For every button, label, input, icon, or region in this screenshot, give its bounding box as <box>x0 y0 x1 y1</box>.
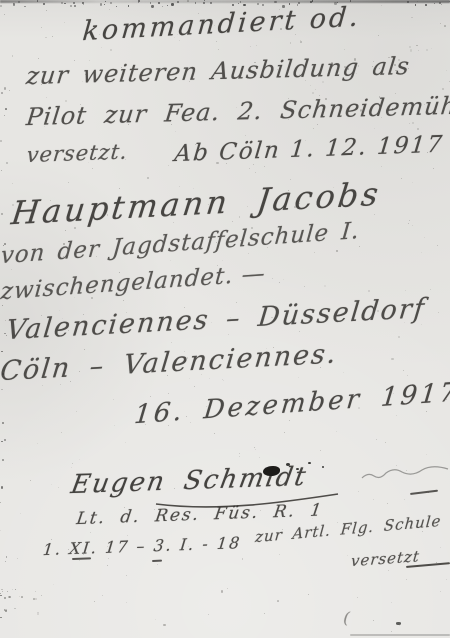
paper-speckle <box>1 486 3 488</box>
paper-speckle <box>125 442 126 443</box>
paper-speckle <box>314 252 315 253</box>
paper-speckle <box>250 46 251 47</box>
paper-speckle <box>90 532 91 533</box>
paper-speckle <box>147 177 149 179</box>
paper-speckle <box>388 570 389 571</box>
paper-speckle <box>82 2 84 4</box>
paper-speckle <box>440 23 441 24</box>
paper-speckle <box>1 351 3 353</box>
paper-speckle <box>232 4 234 6</box>
paper-speckle <box>381 5 382 6</box>
paper-speckle <box>376 439 377 440</box>
paper-speckle <box>279 554 280 555</box>
paper-speckle <box>203 2 205 4</box>
paper-speckle <box>299 331 300 332</box>
paper-speckle <box>177 1 179 3</box>
paper-speckle <box>167 5 168 6</box>
paper-speckle <box>255 172 256 173</box>
paper-speckle <box>116 6 117 7</box>
paper-speckle <box>175 131 176 132</box>
paper-speckle <box>128 5 130 7</box>
paper-speckle <box>406 579 407 580</box>
paper-speckle <box>446 579 447 580</box>
paper-speckle <box>442 88 444 90</box>
paper-speckle <box>102 595 103 596</box>
roman-numeral-underline-xi <box>72 557 91 559</box>
paper-speckle <box>64 22 65 23</box>
paper-speckle <box>4 87 6 89</box>
paper-speckle <box>12 183 13 184</box>
paper-speckle <box>283 279 284 280</box>
ink-splatter-dot <box>296 468 299 470</box>
paper-speckle <box>240 1 241 2</box>
hw-line-route-valenciennes-duesseldorf: Valenciennes – Düsseldorf <box>5 293 428 346</box>
paper-speckle <box>4 14 5 15</box>
paper-speckle <box>110 49 112 51</box>
paper-speckle <box>336 431 337 432</box>
paper-speckle <box>216 41 217 42</box>
paper-speckle <box>298 2 300 4</box>
paper-speckle <box>343 372 344 373</box>
paper-speckle <box>53 584 54 585</box>
paper-speckle <box>12 55 13 56</box>
paper-speckle <box>308 594 309 595</box>
paper-speckle <box>208 614 209 615</box>
paper-speckle <box>4 597 6 599</box>
paper-speckle <box>7 591 8 592</box>
paper-speckle <box>5 561 6 562</box>
paper-speckle <box>4 439 6 441</box>
hw-line-ab-coeln-date: Ab Cöln 1. 12. 1917 <box>173 132 445 168</box>
paper-speckle <box>51 484 52 485</box>
paper-speckle <box>35 591 36 592</box>
paper-speckle <box>171 342 172 343</box>
paper-speckle <box>409 46 410 47</box>
paper-speckle <box>272 278 273 279</box>
paper-speckle <box>5 108 7 110</box>
paper-speckle <box>59 310 60 311</box>
paper-speckle <box>421 252 422 253</box>
paper-speckle <box>189 378 190 379</box>
paper-speckle <box>242 558 244 560</box>
paper-speckle <box>401 178 402 179</box>
paper-speckle <box>0 502 1 503</box>
paper-speckle <box>45 37 47 39</box>
paper-speckle <box>1 92 3 94</box>
paper-speckle <box>440 591 441 592</box>
paper-speckle <box>415 4 416 5</box>
paper-speckle <box>209 378 210 379</box>
paper-speckle <box>274 1 276 3</box>
paper-speckle <box>391 631 392 632</box>
paper-speckle <box>409 123 410 124</box>
paper-speckle <box>249 168 250 169</box>
ink-splatter-dot <box>286 463 290 466</box>
paper-speckle <box>83 4 84 5</box>
paper-speckle <box>403 370 404 371</box>
paper-speckle <box>430 289 431 290</box>
hw-line-ausbildung: zur weiteren Ausbildung als <box>25 52 412 90</box>
paper-speckle <box>114 425 115 426</box>
hw-line-pilot-fea: Pilot zur Fea. 2. Schneidemühl <box>25 91 450 131</box>
paper-speckle <box>21 596 23 598</box>
paper-speckle <box>2 459 4 461</box>
paper-speckle <box>0 140 2 142</box>
paper-speckle <box>444 25 446 27</box>
paper-speckle <box>425 4 427 6</box>
paper-speckle <box>150 396 151 397</box>
paper-speckle <box>438 312 439 313</box>
hw-line-date-dezember: 16. Dezember 1917 <box>133 377 450 430</box>
paper-speckle <box>104 4 105 5</box>
paper-speckle <box>248 253 249 254</box>
paper-speckle <box>101 47 102 48</box>
paper-speckle <box>426 454 427 455</box>
paper-speckle <box>313 128 314 129</box>
paper-speckle <box>243 4 245 6</box>
paper-speckle <box>84 349 85 350</box>
paper-speckle <box>245 135 246 136</box>
paper-speckle <box>1 170 2 171</box>
paper-speckle <box>1 389 2 390</box>
paper-speckle <box>359 246 360 247</box>
paper-speckle <box>0 5 2 7</box>
paper-speckle <box>347 555 348 556</box>
paper-speckle <box>92 168 93 169</box>
paper-speckle <box>107 565 108 566</box>
signature-flourish-underline <box>60 460 360 520</box>
paper-speckle <box>317 124 318 125</box>
paper-speckle <box>418 50 419 51</box>
paper-speckle <box>157 564 158 565</box>
paper-speckle <box>1 441 2 442</box>
bottom-edge-shadow-line <box>350 634 450 636</box>
paper-speckle <box>433 168 434 169</box>
stray-paren-mark: ( <box>343 608 351 627</box>
paper-speckle <box>416 45 417 46</box>
paper-speckle <box>108 558 109 559</box>
paper-speckle <box>151 5 153 7</box>
paper-speckle <box>315 89 316 90</box>
paper-speckle <box>9 90 10 91</box>
paper-speckle <box>2 305 3 306</box>
paper-speckle <box>17 558 18 559</box>
paper-speckle <box>68 182 69 183</box>
paper-speckle <box>439 2 441 4</box>
paper-speckle <box>221 590 223 592</box>
roman-numeral-underline-i <box>152 560 162 562</box>
paper-speckle <box>431 48 432 49</box>
paper-speckle <box>404 499 405 500</box>
paper-speckle <box>396 415 397 416</box>
paper-speckle <box>405 290 406 291</box>
paper-speckle <box>113 399 114 400</box>
paper-speckle <box>437 245 438 246</box>
paper-speckle <box>6 556 7 557</box>
paper-speckle <box>52 36 53 37</box>
paper-speckle <box>65 230 66 231</box>
paper-speckle <box>171 3 173 5</box>
paper-speckle <box>158 2 160 4</box>
paper-speckle <box>0 617 2 619</box>
paper-speckle <box>284 432 285 433</box>
paper-speckle <box>162 6 163 7</box>
paper-speckle <box>70 5 72 7</box>
paper-speckle <box>110 2 112 4</box>
paper-speckle <box>264 613 265 614</box>
paper-speckle <box>259 457 260 458</box>
paper-speckle <box>374 128 375 129</box>
paper-speckle <box>64 3 66 5</box>
paper-speckle <box>312 0 313 1</box>
paper-speckle <box>381 166 382 167</box>
paper-speckle <box>1 213 2 214</box>
paper-speckle <box>426 411 427 412</box>
paper-speckle <box>168 393 169 394</box>
hw-line-kommandiert: kommandiert od. <box>81 1 362 47</box>
paper-speckle <box>378 35 379 36</box>
paper-speckle <box>187 0 189 2</box>
pen-stroke-dash-right <box>410 490 438 495</box>
paper-speckle <box>46 97 47 98</box>
paper-speckle <box>41 595 42 596</box>
paper-speckle <box>424 237 425 238</box>
paper-speckle <box>373 620 374 621</box>
ink-splatter-dot <box>308 462 311 464</box>
paper-speckle <box>73 2 75 4</box>
paper-speckle <box>374 214 375 215</box>
paper-speckle <box>357 597 358 598</box>
paper-speckle <box>170 260 171 261</box>
paper-speckle <box>60 384 61 385</box>
paper-speckle <box>163 624 165 626</box>
paper-speckle <box>2 422 4 424</box>
paper-speckle <box>412 122 413 123</box>
paper-speckle <box>41 27 42 28</box>
paper-speckle <box>391 358 393 360</box>
paper-speckle <box>222 260 223 261</box>
paper-speckle <box>15 589 16 590</box>
paper-speckle <box>37 613 39 615</box>
paper-speckle <box>155 619 156 620</box>
paper-speckle <box>24 6 25 7</box>
paper-speckle <box>94 601 95 602</box>
paper-speckle <box>30 480 31 481</box>
paper-speckle <box>227 588 228 589</box>
paper-speckle <box>5 320 6 321</box>
paper-speckle <box>109 9 110 10</box>
signature-dates-line: 1. XI. 17 – 3. I. - 18 <box>42 533 242 559</box>
paper-speckle <box>100 3 102 5</box>
paper-speckle <box>168 165 169 166</box>
hw-line-versetzt: versetzt. <box>25 139 129 167</box>
paper-speckle <box>46 10 47 11</box>
paper-speckle <box>218 49 219 50</box>
paper-speckle <box>304 286 305 287</box>
paper-speckle <box>412 225 413 226</box>
paper-speckle <box>12 589 13 590</box>
paper-speckle <box>387 503 388 504</box>
paper-speckle <box>368 290 370 292</box>
paper-speckle <box>290 42 292 44</box>
paper-speckle <box>254 447 255 448</box>
paper-speckle <box>239 456 240 457</box>
paper-speckle <box>253 164 254 165</box>
scan-edge-shadow <box>0 0 450 3</box>
paper-speckle <box>43 3 45 5</box>
paper-speckle <box>0 530 1 531</box>
paper-speckle <box>8 596 10 598</box>
paper-speckle <box>38 58 39 59</box>
paper-speckle <box>289 420 290 421</box>
paper-speckle <box>310 85 311 86</box>
paper-speckle <box>277 600 279 602</box>
paper-speckle <box>13 3 15 5</box>
paper-speckle <box>312 92 314 94</box>
paper-speckle <box>214 433 215 434</box>
paper-speckle <box>417 128 418 129</box>
signature-side-scribble <box>360 466 450 486</box>
paper-speckle <box>300 41 302 43</box>
paper-speckle <box>256 45 257 46</box>
paper-speckle <box>255 449 256 450</box>
hw-line-route-coeln-valenciennes: Cöln – Valenciennes. <box>0 338 339 387</box>
paper-speckle <box>232 221 233 222</box>
paper-speckle <box>35 598 37 600</box>
paper-speckle <box>385 442 386 443</box>
paper-speckle <box>257 3 259 5</box>
paper-speckle <box>411 17 412 18</box>
paper-speckle <box>126 575 127 576</box>
paper-speckle <box>298 377 299 378</box>
paper-speckle <box>239 453 240 454</box>
paper-speckle <box>440 547 441 548</box>
paper-speckle <box>407 375 408 376</box>
paper-speckle <box>76 411 77 412</box>
paper-speckle <box>61 432 62 433</box>
paper-speckle <box>194 386 195 387</box>
paper-speckle <box>344 49 345 50</box>
paper-speckle <box>408 223 409 224</box>
paper-speckle <box>195 2 197 4</box>
paper-speckle <box>74 5 76 7</box>
stray-dot-bottom <box>396 622 401 625</box>
paper-speckle <box>398 336 400 338</box>
hw-line-zwischengelandet: zwischengelandet. — <box>0 260 267 305</box>
scanned-document-page: kommandiert od. zur weiteren Ausbildung … <box>0 0 450 638</box>
paper-speckle <box>14 608 15 609</box>
ink-splatter-dot <box>322 466 324 468</box>
paper-speckle <box>324 285 326 287</box>
paper-speckle <box>0 595 2 597</box>
paper-speckle <box>279 282 280 283</box>
paper-speckle <box>320 450 321 451</box>
paper-speckle <box>223 380 224 381</box>
paper-speckle <box>391 602 392 603</box>
paper-speckle <box>20 513 21 514</box>
paper-speckle <box>264 166 265 167</box>
paper-speckle <box>336 250 337 251</box>
paper-speckle <box>412 182 413 183</box>
paper-speckle <box>426 49 428 51</box>
paper-speckle <box>434 3 435 4</box>
paper-speckle <box>37 443 38 444</box>
paper-speckle <box>4 115 5 116</box>
paper-speckle <box>441 4 442 5</box>
paper-speckle <box>409 220 410 221</box>
paper-speckle <box>373 499 374 500</box>
paper-speckle <box>79 560 80 561</box>
paper-speckle <box>0 593 1 594</box>
paper-speckle <box>6 162 8 164</box>
paper-speckle <box>238 3 239 4</box>
paper-speckle <box>210 2 212 4</box>
paper-speckle <box>446 70 447 71</box>
paper-speckle <box>123 300 124 301</box>
paper-speckle <box>126 602 127 603</box>
paper-speckle <box>11 269 12 270</box>
paper-speckle <box>2 591 3 592</box>
